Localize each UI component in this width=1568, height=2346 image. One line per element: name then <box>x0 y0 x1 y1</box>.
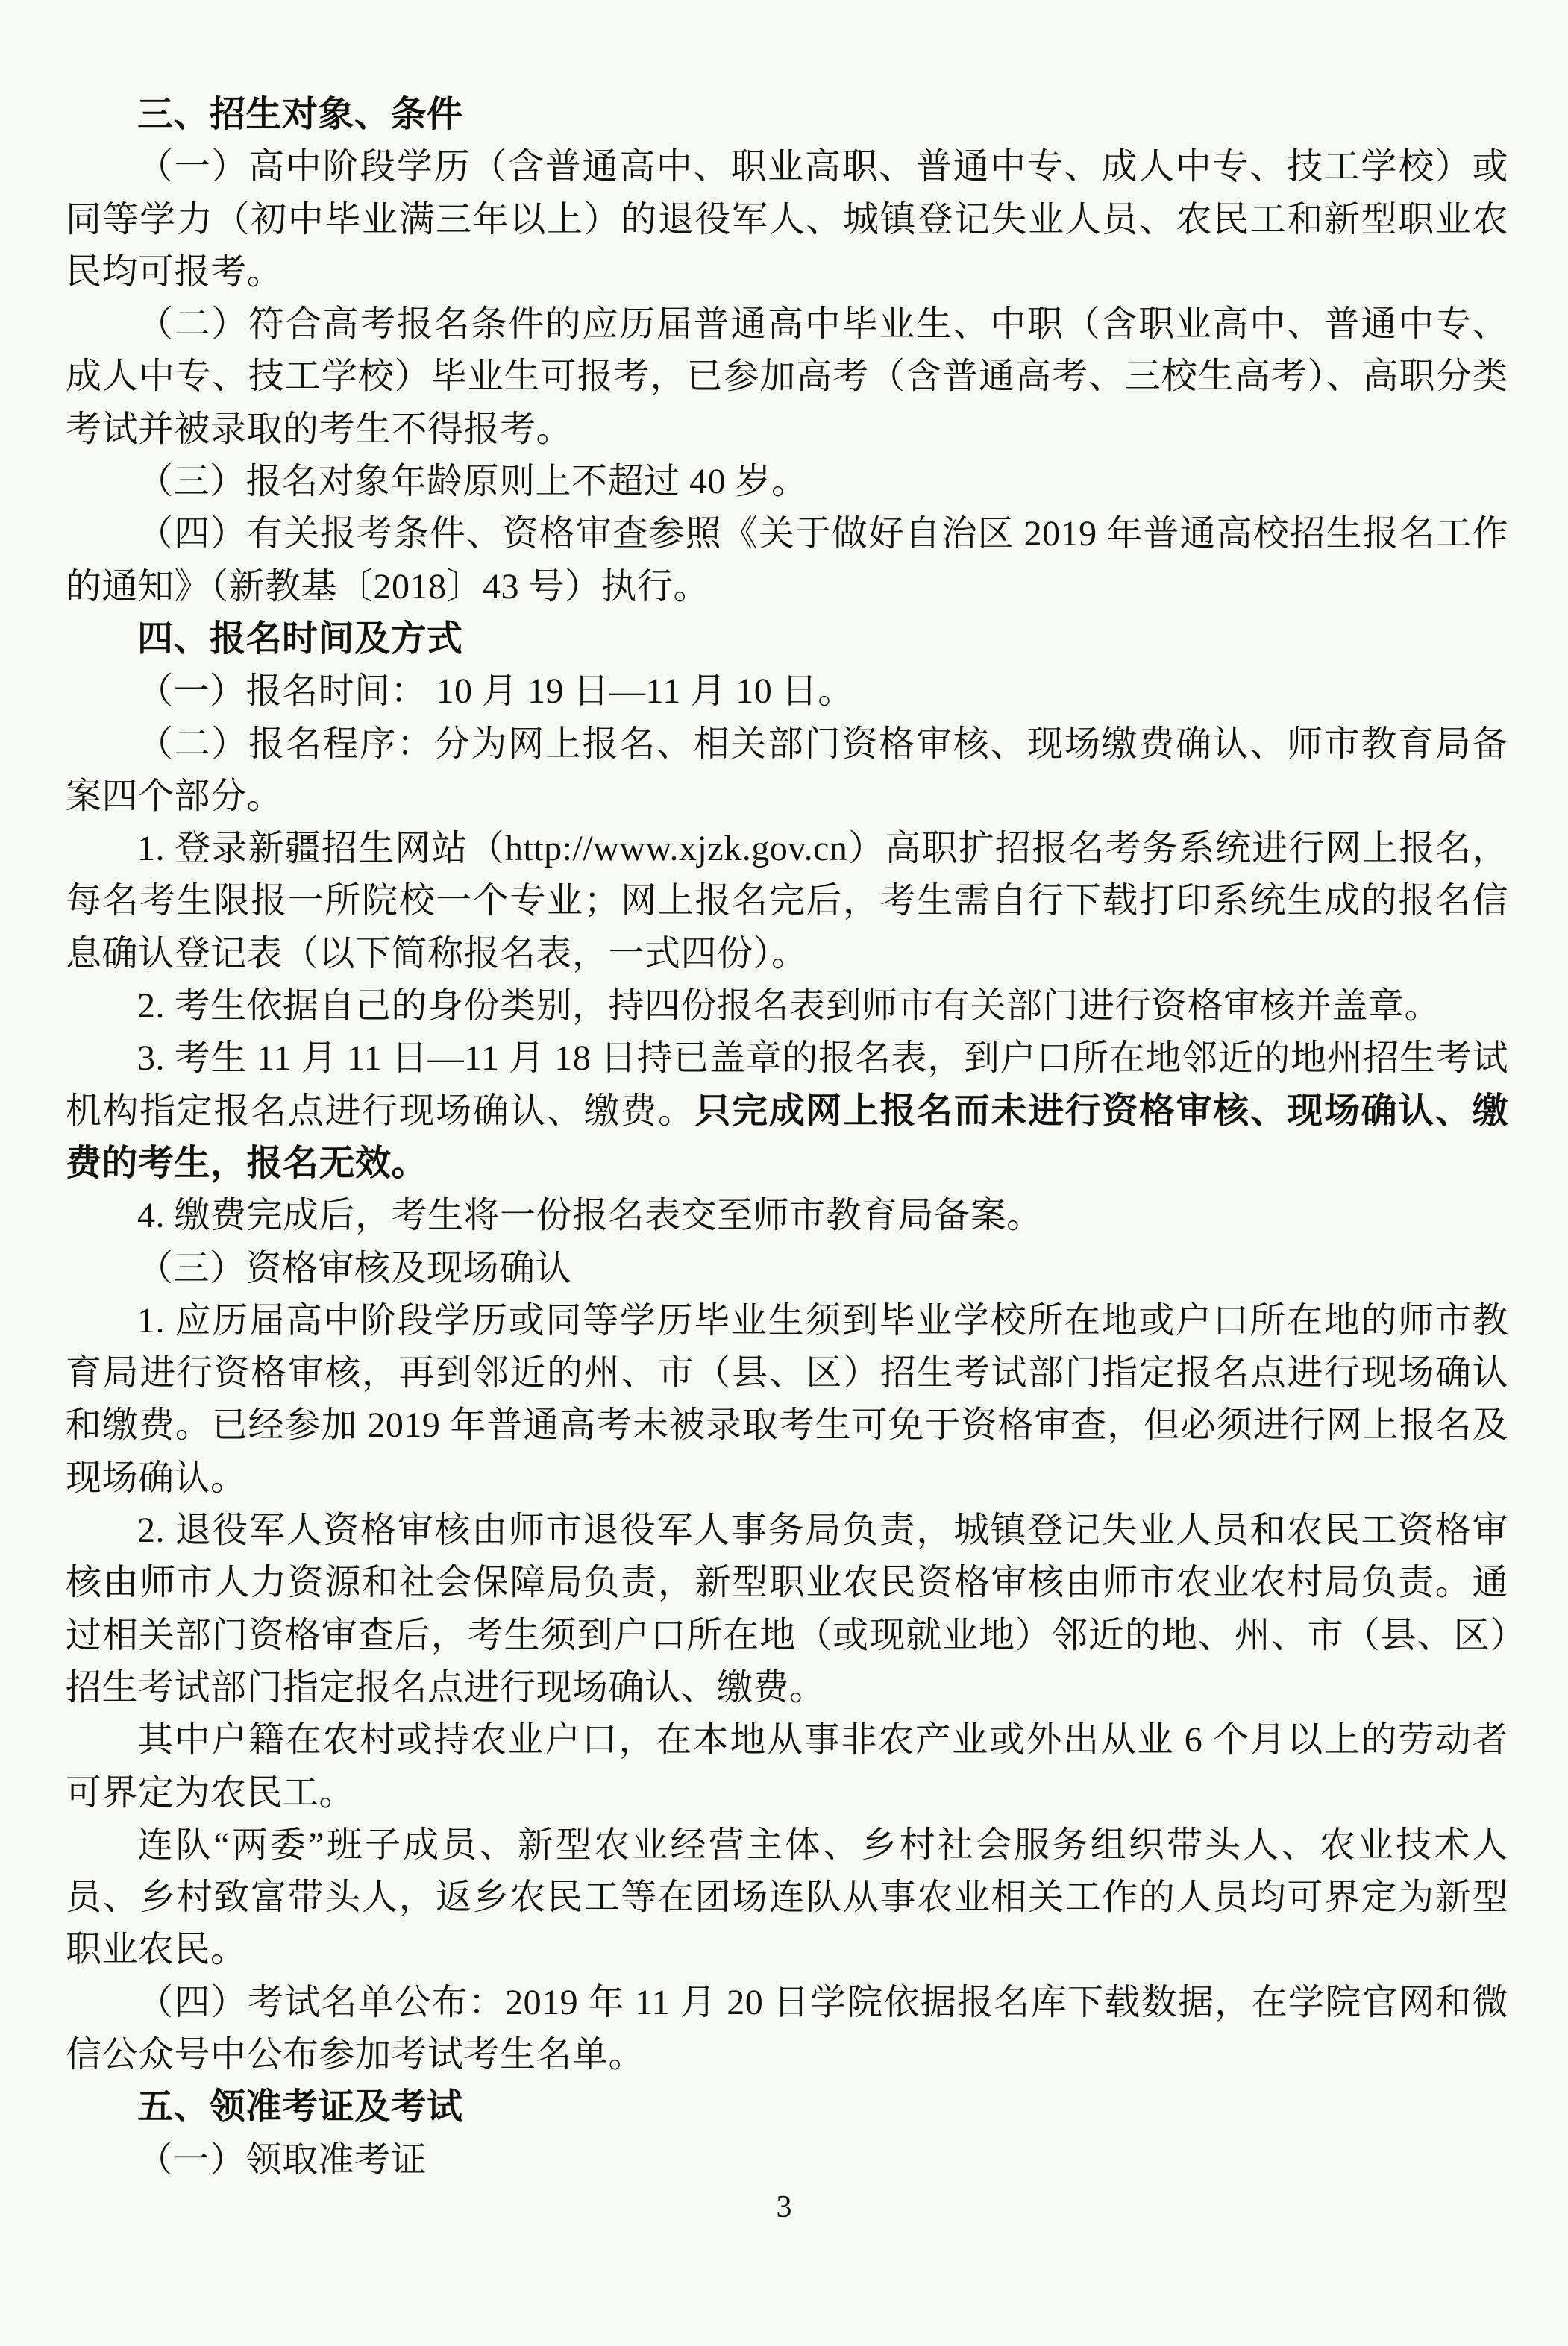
paragraph: 1. 登录新疆招生网站（http://www.xjzk.gov.cn）高职扩招报… <box>66 823 1508 980</box>
page-footer: 3 <box>0 2192 1568 2223</box>
text-run: （一）高中阶段学历（含普通高中、职业高职、普通中专、成人中专、技工学校）或同等学… <box>66 147 1508 292</box>
section-heading: 四、报名时间及方式 <box>66 613 1508 665</box>
text-run: （四）考试名单公布：2019 年 11 月 20 日学院依据报名库下载数据，在学… <box>66 1983 1508 2074</box>
bold-text-run: 五、领准考证及考试 <box>137 2087 463 2127</box>
text-run: （二）报名程序：分为网上报名、相关部门资格审核、现场缴费确认、师市教育局备案四个… <box>66 724 1508 816</box>
bold-text-run: 四、报名时间及方式 <box>137 619 463 659</box>
text-run: （三）资格审核及现场确认 <box>137 1249 571 1288</box>
paragraph: 4. 缴费完成后，考生将一份报名表交至师市教育局备案。 <box>66 1190 1508 1242</box>
paragraph: （一）报名时间： 10 月 19 日—11 月 10 日。 <box>66 665 1508 718</box>
document-body: 三、招生对象、条件（一）高中阶段学历（含普通高中、职业高职、普通中专、成人中专、… <box>66 89 1508 2186</box>
text-run: 2. 考生依据自己的身份类别，持四份报名表到师市有关部门进行资格审核并盖章。 <box>137 986 1440 1026</box>
text-run: （三）报名对象年龄原则上不超过 40 岁。 <box>137 462 808 501</box>
paragraph: （四）有关报考条件、资格审查参照《关于做好自治区 2019 年普通高校招生报名工… <box>66 508 1508 613</box>
paragraph: 其中户籍在农村或持农业户口，在本地从事非农产业或外出从业 6 个月以上的劳动者可… <box>66 1714 1508 1819</box>
paragraph: （四）考试名单公布：2019 年 11 月 20 日学院依据报名库下载数据，在学… <box>66 1977 1508 2082</box>
paragraph: 3. 考生 11 月 11 日—11 月 18 日持已盖章的报名表，到户口所在地… <box>66 1032 1508 1190</box>
bold-text-run: 三、招生对象、条件 <box>137 95 463 134</box>
paragraph: （三）报名对象年龄原则上不超过 40 岁。 <box>66 456 1508 508</box>
paragraph: （二）报名程序：分为网上报名、相关部门资格审核、现场缴费确认、师市教育局备案四个… <box>66 718 1508 824</box>
page-number: 3 <box>777 2190 792 2224</box>
document-page: 三、招生对象、条件（一）高中阶段学历（含普通高中、职业高职、普通中专、成人中专、… <box>0 0 1568 2346</box>
paragraph: （三）资格审核及现场确认 <box>66 1243 1508 1295</box>
text-run: 4. 缴费完成后，考生将一份报名表交至师市教育局备案。 <box>137 1196 1043 1235</box>
paragraph: （一）领取准考证 <box>66 2134 1508 2186</box>
text-run: （二）符合高考报名条件的应历届普通高中毕业生、中职（含职业高中、普通中专、成人中… <box>66 304 1508 449</box>
text-run: 其中户籍在农村或持农业户口，在本地从事非农产业或外出从业 6 个月以上的劳动者可… <box>66 1720 1508 1812</box>
paragraph: 2. 考生依据自己的身份类别，持四份报名表到师市有关部门进行资格审核并盖章。 <box>66 980 1508 1032</box>
paragraph: （一）高中阶段学历（含普通高中、职业高职、普通中专、成人中专、技工学校）或同等学… <box>66 141 1508 298</box>
paragraph: 1. 应历届高中阶段学历或同等学历毕业生须到毕业学校所在地或户口所在地的师市教育… <box>66 1295 1508 1505</box>
paragraph: 2. 退役军人资格审核由师市退役军人事务局负责，城镇登记失业人员和农民工资格审核… <box>66 1505 1508 1714</box>
text-run: 连队“两委”班子成员、新型农业经营主体、乡村社会服务组织带头人、农业技术人员、乡… <box>66 1825 1508 1970</box>
text-run: 1. 登录新疆招生网站（http://www.xjzk.gov.cn）高职扩招报… <box>66 829 1508 973</box>
text-run: 2. 退役军人资格审核由师市退役军人事务局负责，城镇登记失业人员和农民工资格审核… <box>66 1511 1508 1707</box>
paragraph: 连队“两委”班子成员、新型农业经营主体、乡村社会服务组织带头人、农业技术人员、乡… <box>66 1819 1508 1977</box>
text-run: 1. 应历届高中阶段学历或同等学历毕业生须到毕业学校所在地或户口所在地的师市教育… <box>66 1301 1508 1498</box>
text-run: （一）领取准考证 <box>137 2140 427 2180</box>
text-run: （一）报名时间： 10 月 19 日—11 月 10 日。 <box>137 671 854 711</box>
section-heading: 三、招生对象、条件 <box>66 89 1508 141</box>
paragraph: （二）符合高考报名条件的应历届普通高中毕业生、中职（含职业高中、普通中专、成人中… <box>66 298 1508 456</box>
section-heading: 五、领准考证及考试 <box>66 2081 1508 2133</box>
text-run: （四）有关报考条件、资格审查参照《关于做好自治区 2019 年普通高校招生报名工… <box>66 514 1508 606</box>
